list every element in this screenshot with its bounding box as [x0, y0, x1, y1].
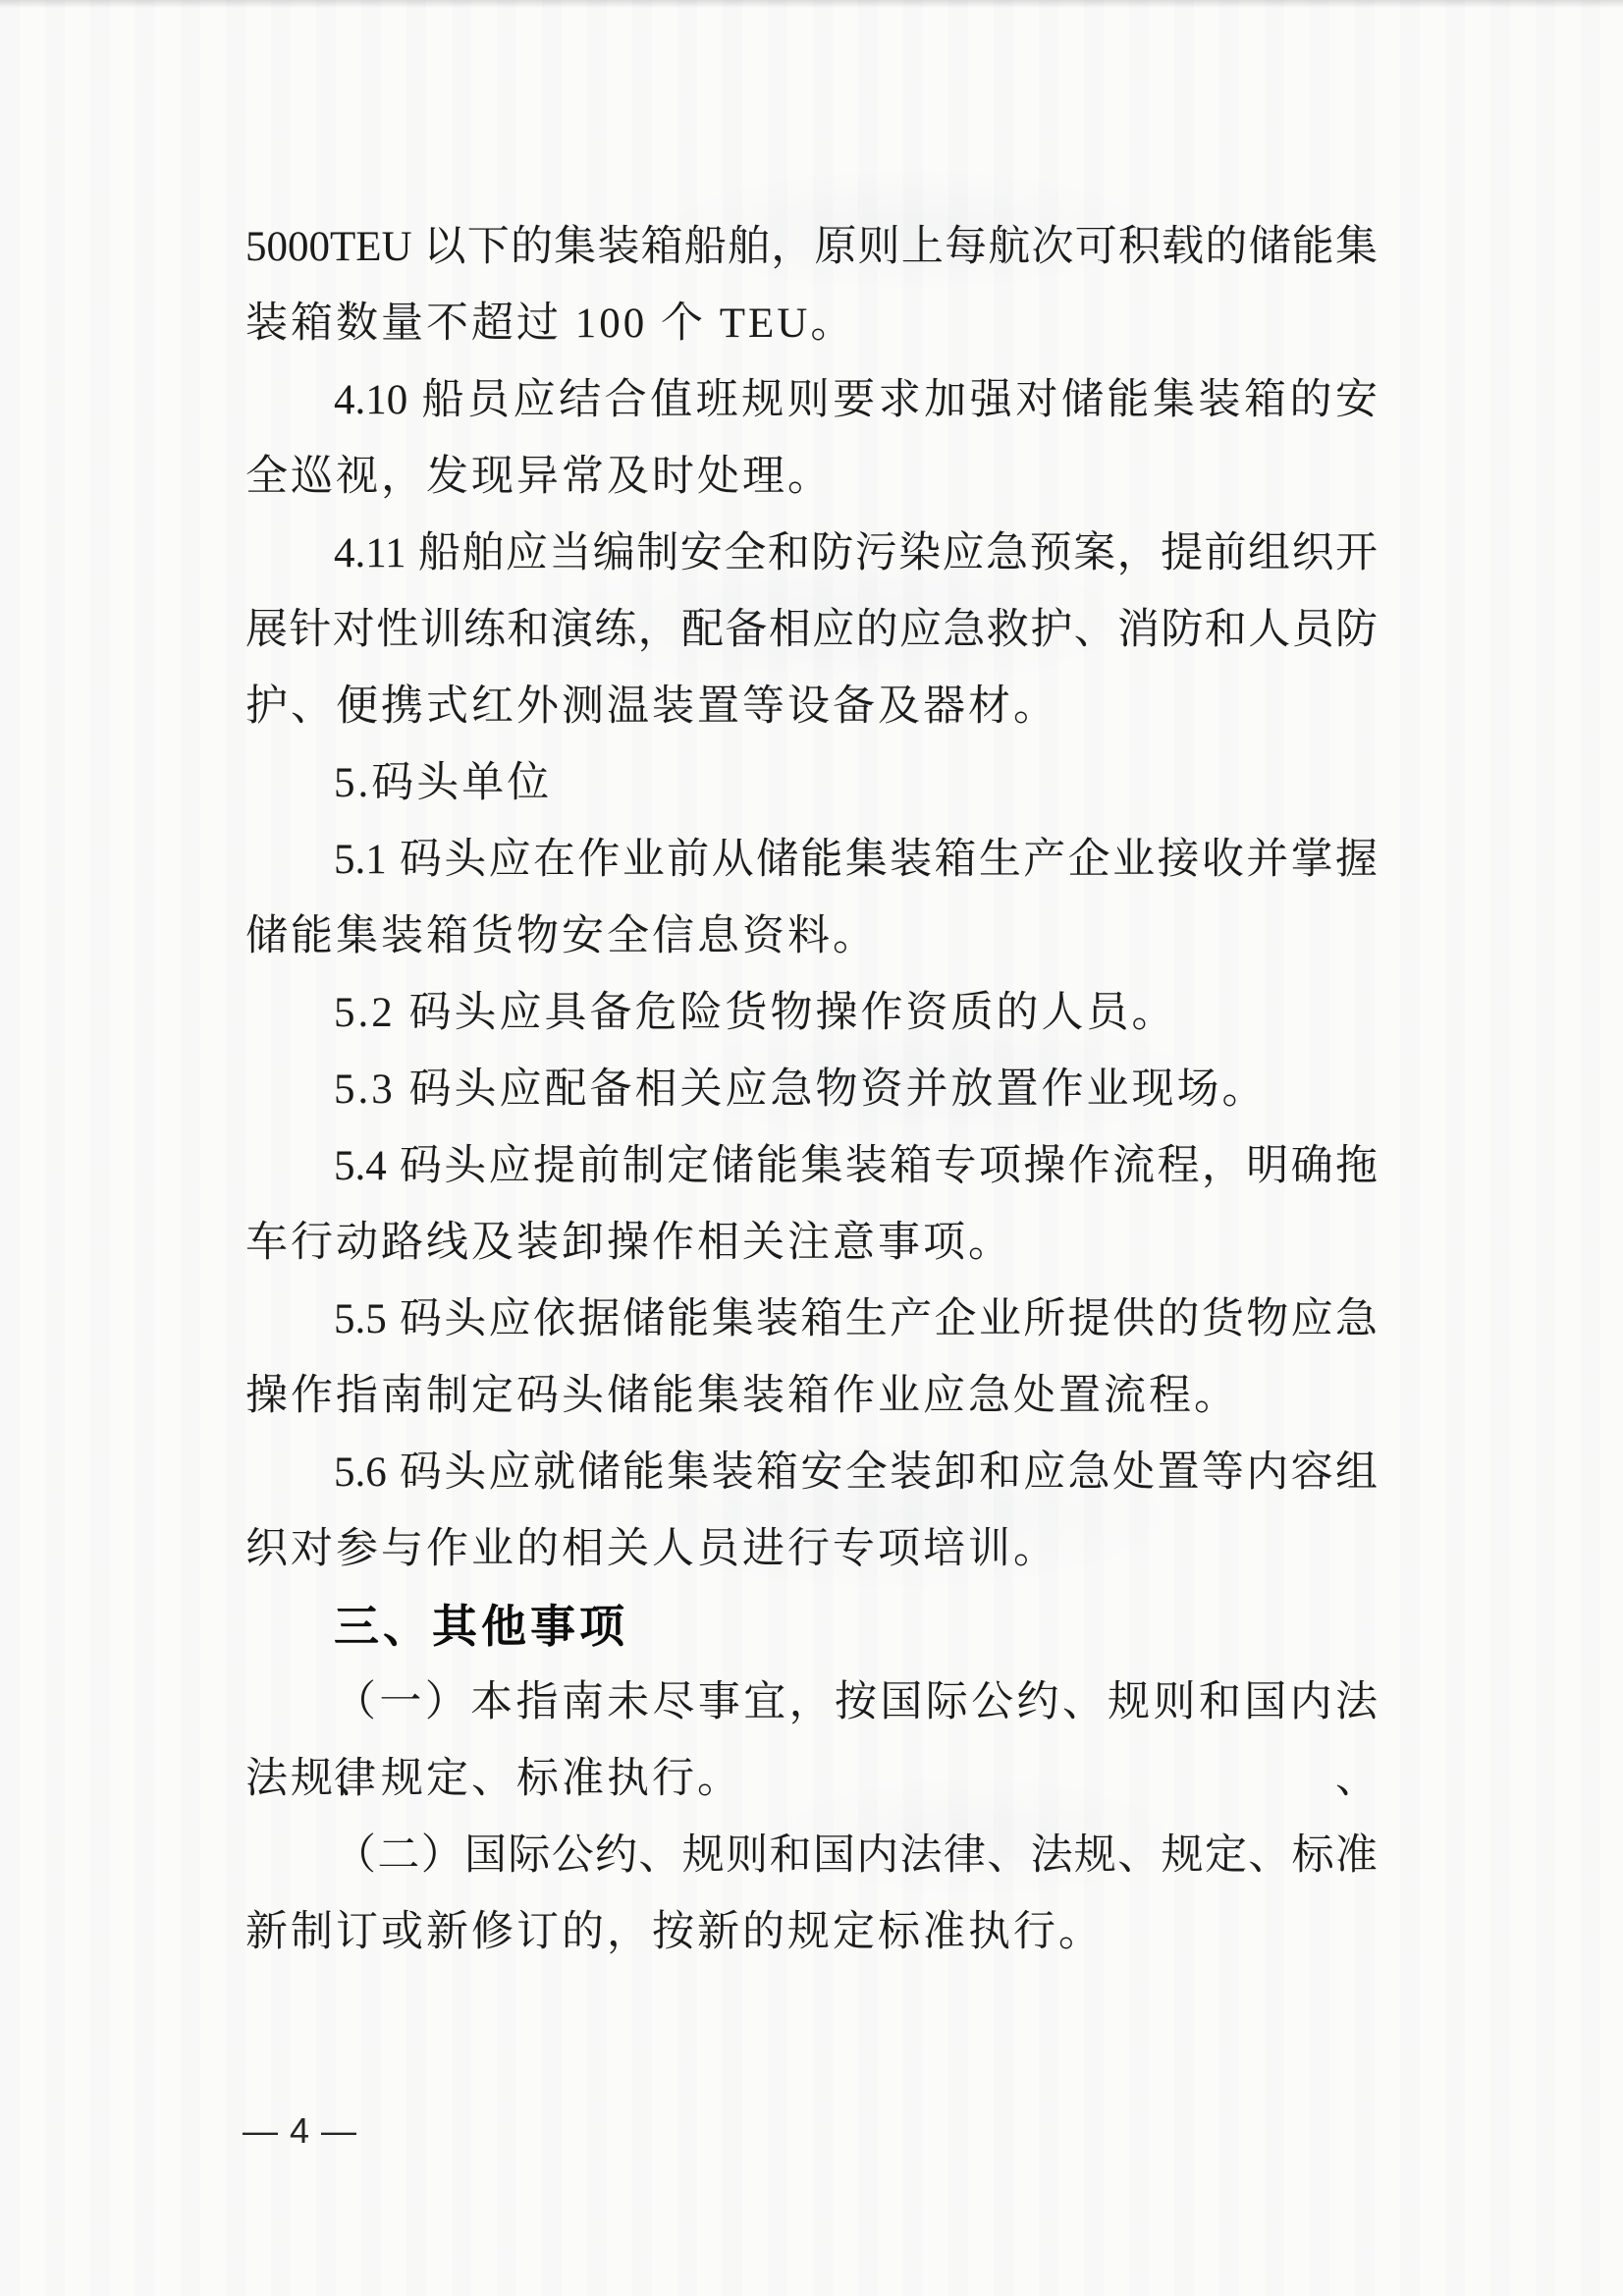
text-line: 5000TEU 以下的集装箱船舶，原则上每航次可积载的储能集	[245, 209, 1378, 286]
text-line: 5.2 码头应具备危险货物操作资质的人员。	[245, 975, 1378, 1052]
text-line: 新制订或新修订的，按新的规定标准执行。	[245, 1894, 1378, 1971]
text-line: （二）国际公约、规则和国内法律、法规、规定、标准	[245, 1818, 1378, 1894]
text-line: 装箱数量不超过 100 个 TEU。	[245, 286, 1378, 362]
page-number: — 4 —	[243, 2111, 357, 2151]
text-line: 织对参与作业的相关人员进行专项培训。	[245, 1511, 1378, 1588]
text-line: 5.3 码头应配备相关应急物资并放置作业现场。	[245, 1052, 1378, 1128]
text-line: 5.4 码头应提前制定储能集装箱专项操作流程，明确拖	[245, 1128, 1378, 1205]
text-block: 5000TEU 以下的集装箱船舶，原则上每航次可积载的储能集装箱数量不超过 10…	[245, 209, 1378, 1971]
text-line: 4.10 船员应结合值班规则要求加强对储能集装箱的安	[245, 362, 1378, 439]
text-line: 操作指南制定码头储能集装箱作业应急处置流程。	[245, 1358, 1378, 1435]
text-line: 5.1 码头应在作业前从储能集装箱生产企业接收并掌握	[245, 822, 1378, 899]
section-heading: 三、其他事项	[245, 1588, 1378, 1665]
text-line: 5.码头单位	[245, 745, 1378, 822]
text-line: 护、便携式红外测温装置等设备及器材。	[245, 669, 1378, 745]
text-line: 5.5 码头应依据储能集装箱生产企业所提供的货物应急	[245, 1282, 1378, 1358]
text-line: 车行动路线及装卸操作相关注意事项。	[245, 1205, 1378, 1282]
text-line: 全巡视，发现异常及时处理。	[245, 439, 1378, 516]
text-line: （一）本指南未尽事宜，按国际公约、规则和国内法律、	[245, 1665, 1378, 1741]
text-line: 展针对性训练和演练，配备相应的应急救护、消防和人员防	[245, 592, 1378, 669]
text-line: 储能集装箱货物安全信息资料。	[245, 899, 1378, 975]
scan-top-edge	[0, 0, 1623, 8]
text-line: 5.6 码头应就储能集装箱安全装卸和应急处置等内容组	[245, 1435, 1378, 1511]
text-line: 4.11 船舶应当编制安全和防污染应急预案，提前组织开	[245, 516, 1378, 592]
document-page: 5000TEU 以下的集装箱船舶，原则上每航次可积载的储能集装箱数量不超过 10…	[0, 0, 1623, 2296]
